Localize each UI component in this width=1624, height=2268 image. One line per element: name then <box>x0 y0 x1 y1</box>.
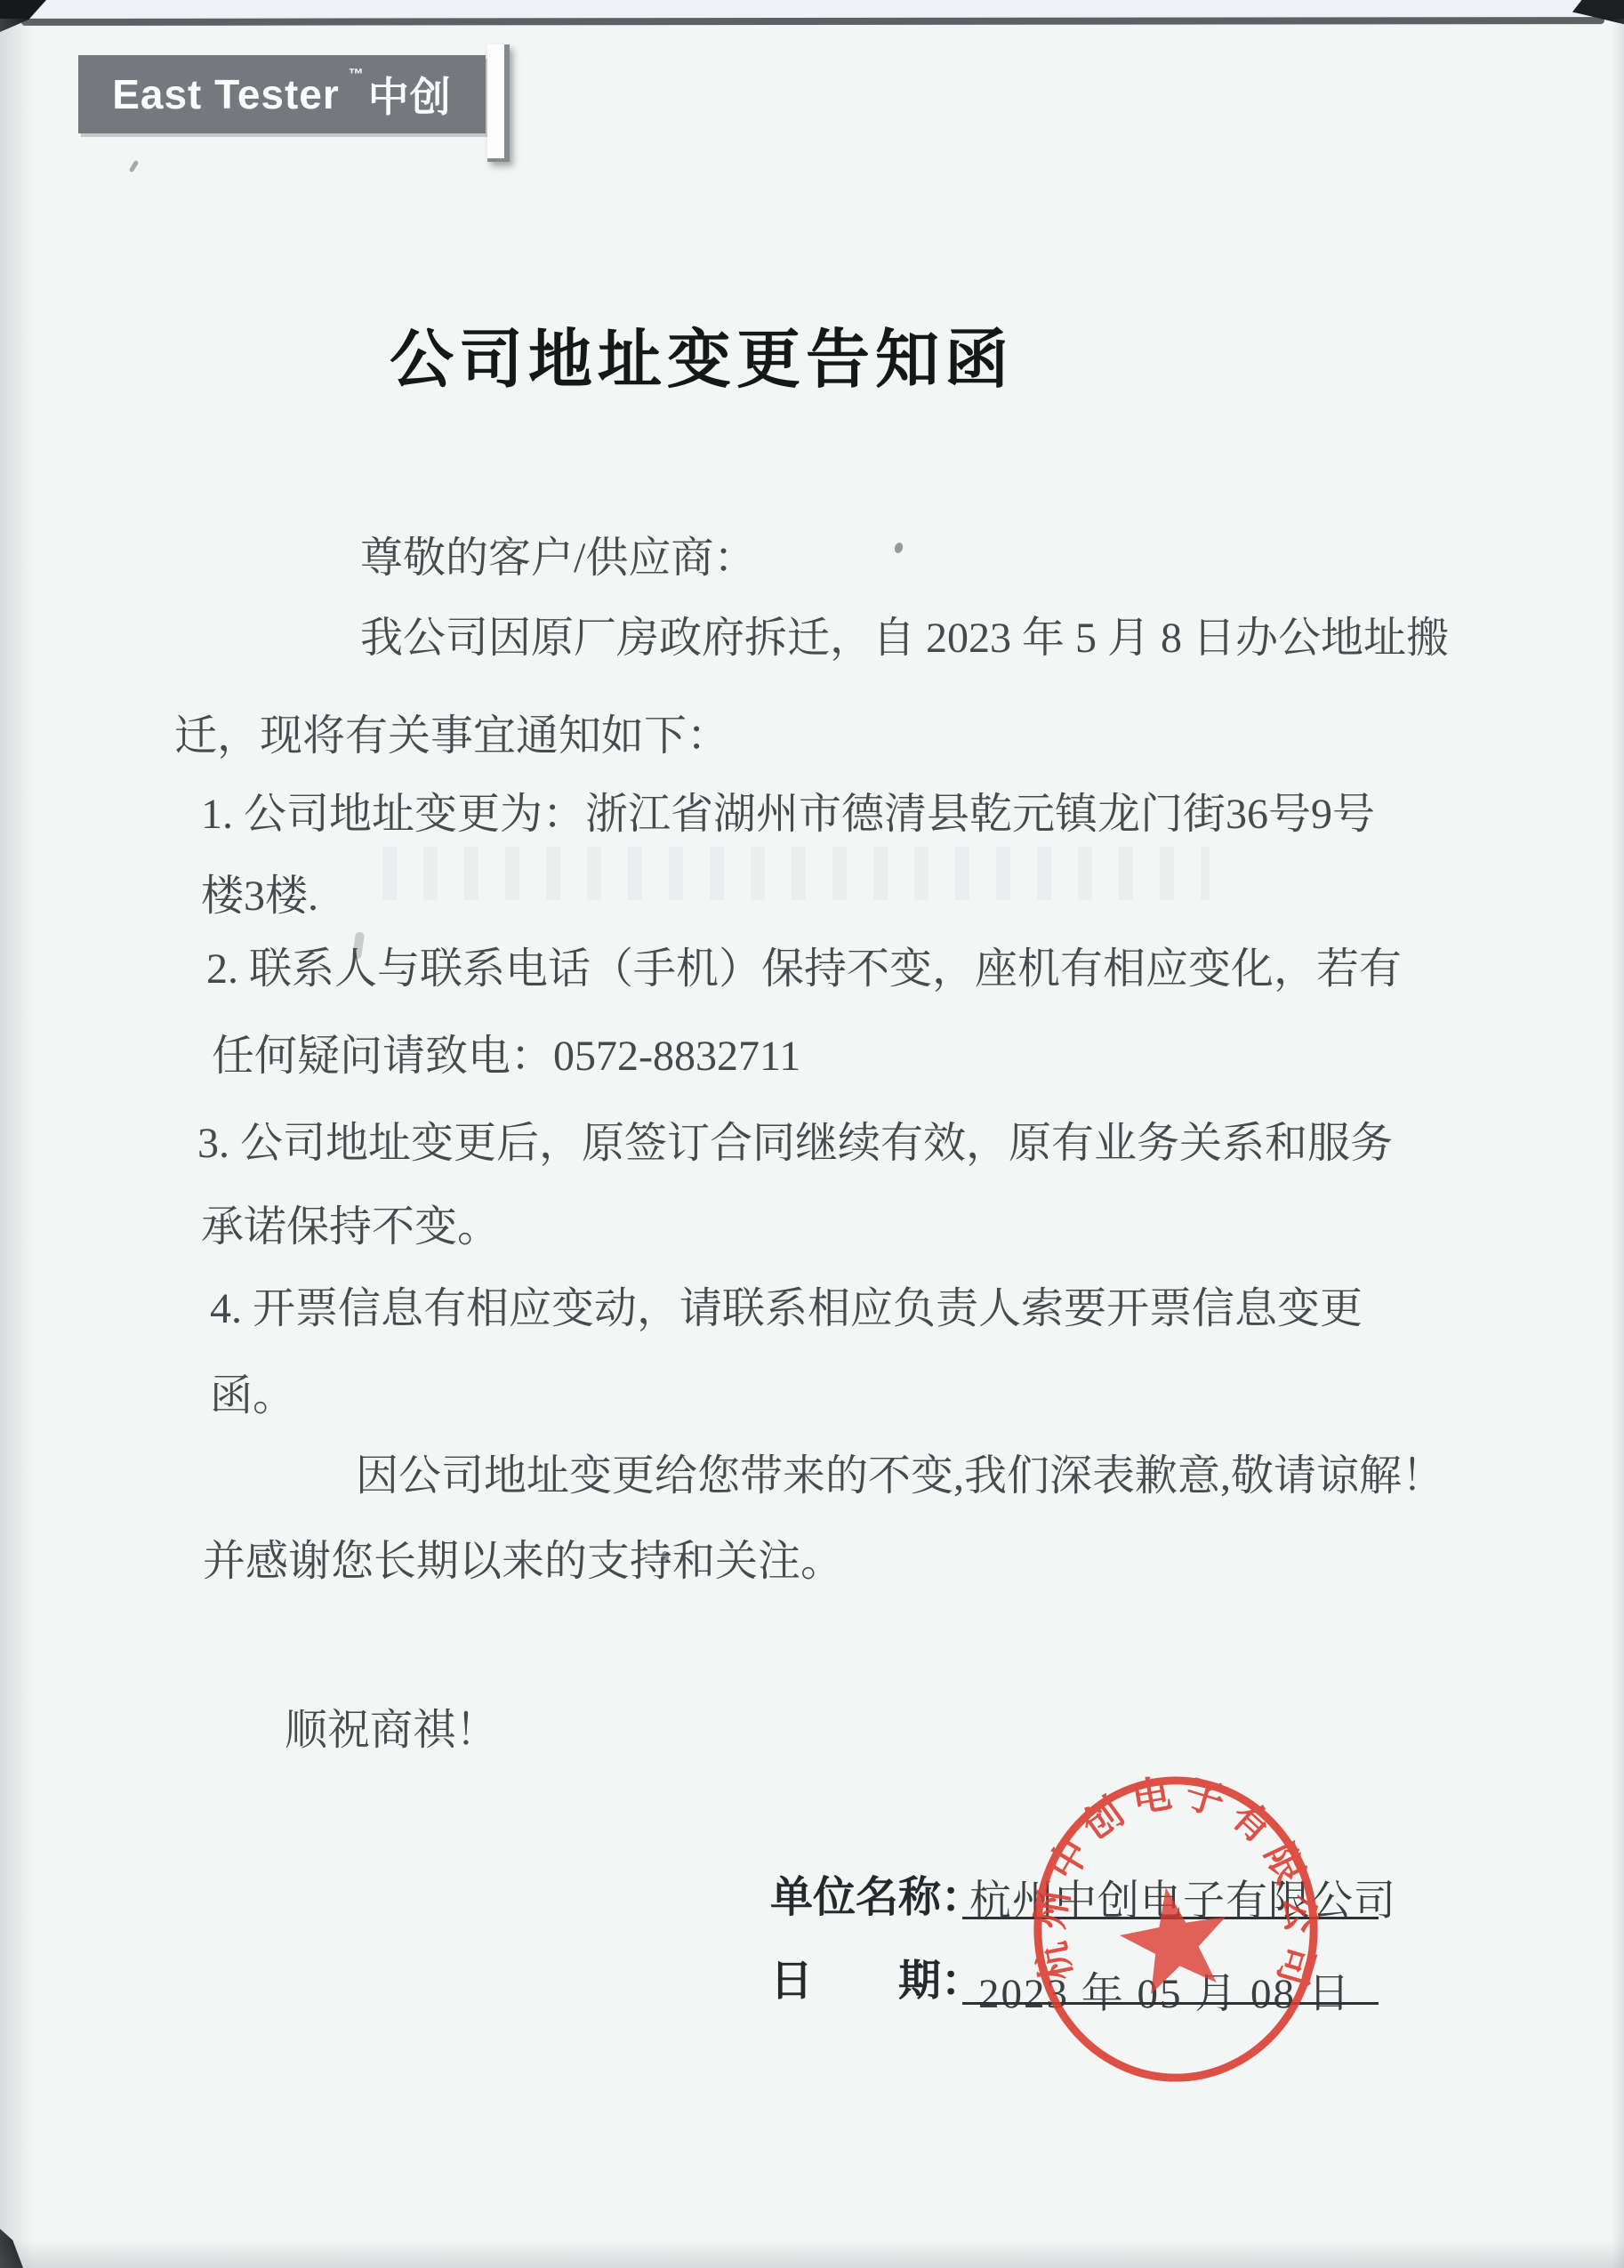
body-line: 楼3楼. <box>201 861 318 922</box>
logo-text-cn: 中创 <box>368 65 452 124</box>
scanner-top-strip <box>0 0 1624 19</box>
logo-text-en: East Tester <box>112 70 340 118</box>
logo-bracket-shape <box>487 44 510 162</box>
body-line-item-2: 2. 联系人与联系电话（手机）保持不变，座机有相应变化，若有 <box>206 934 1402 995</box>
document-title: 公司地址变更告知函 <box>390 308 1014 400</box>
page-right-shadow <box>1612 19 1624 2268</box>
body-line: 我公司因原厂房政府拆迁，自 2023 年 5 月 8 日办公地址搬 <box>360 603 1449 664</box>
body-line: 迁，现将有关事宜通知如下： <box>174 701 729 762</box>
page-bottom-shadow <box>0 2240 1624 2268</box>
scan-edge-line <box>21 17 1604 26</box>
date-label: 日 期： <box>770 1946 984 2007</box>
logo-trademark-mark: ™ <box>349 66 365 84</box>
body-line-apology: 因公司地址变更给您带来的不变,我们深表歉意,敬请谅解！ <box>356 1441 1444 1502</box>
body-line-item-1: 1. 公司地址变更为：浙江省湖州市德清县乾元镇龙门街36号9号 <box>201 779 1375 840</box>
body-line: 并感谢您长期以来的支持和关注。 <box>203 1526 843 1588</box>
body-line-salutation: 尊敬的客户/供应商： <box>360 523 756 584</box>
body-line-closing: 顺祝商祺！ <box>285 1695 498 1757</box>
body-line: 承诺保持不变。 <box>201 1192 500 1253</box>
body-line-item-4: 4. 开票信息有相应变动，请联系相应负责人索要开票信息变更 <box>210 1274 1363 1335</box>
unit-name-label: 单位名称： <box>770 1862 984 1924</box>
ink-fleck <box>129 160 140 173</box>
company-logo: East Tester ™ 中创 <box>78 55 486 133</box>
body-line: 函。 <box>210 1361 295 1422</box>
body-line-item-3: 3. 公司地址变更后，原签订合同继续有效，原有业务关系和服务 <box>197 1108 1393 1170</box>
ink-fleck <box>893 542 904 554</box>
scanned-letter-page: East Tester ™ 中创 公司地址变更告知函 尊敬的客户/供应商： 我公… <box>0 0 1624 2268</box>
scan-smudge <box>382 847 1210 900</box>
body-line-phone: 任何疑问请致电：0572-8832711 <box>212 1021 800 1082</box>
page-left-shadow <box>0 19 34 2268</box>
seal-star-icon <box>1113 1878 1236 1998</box>
company-seal-stamp: 杭州中创电子有限公司 <box>1025 1770 1327 2088</box>
